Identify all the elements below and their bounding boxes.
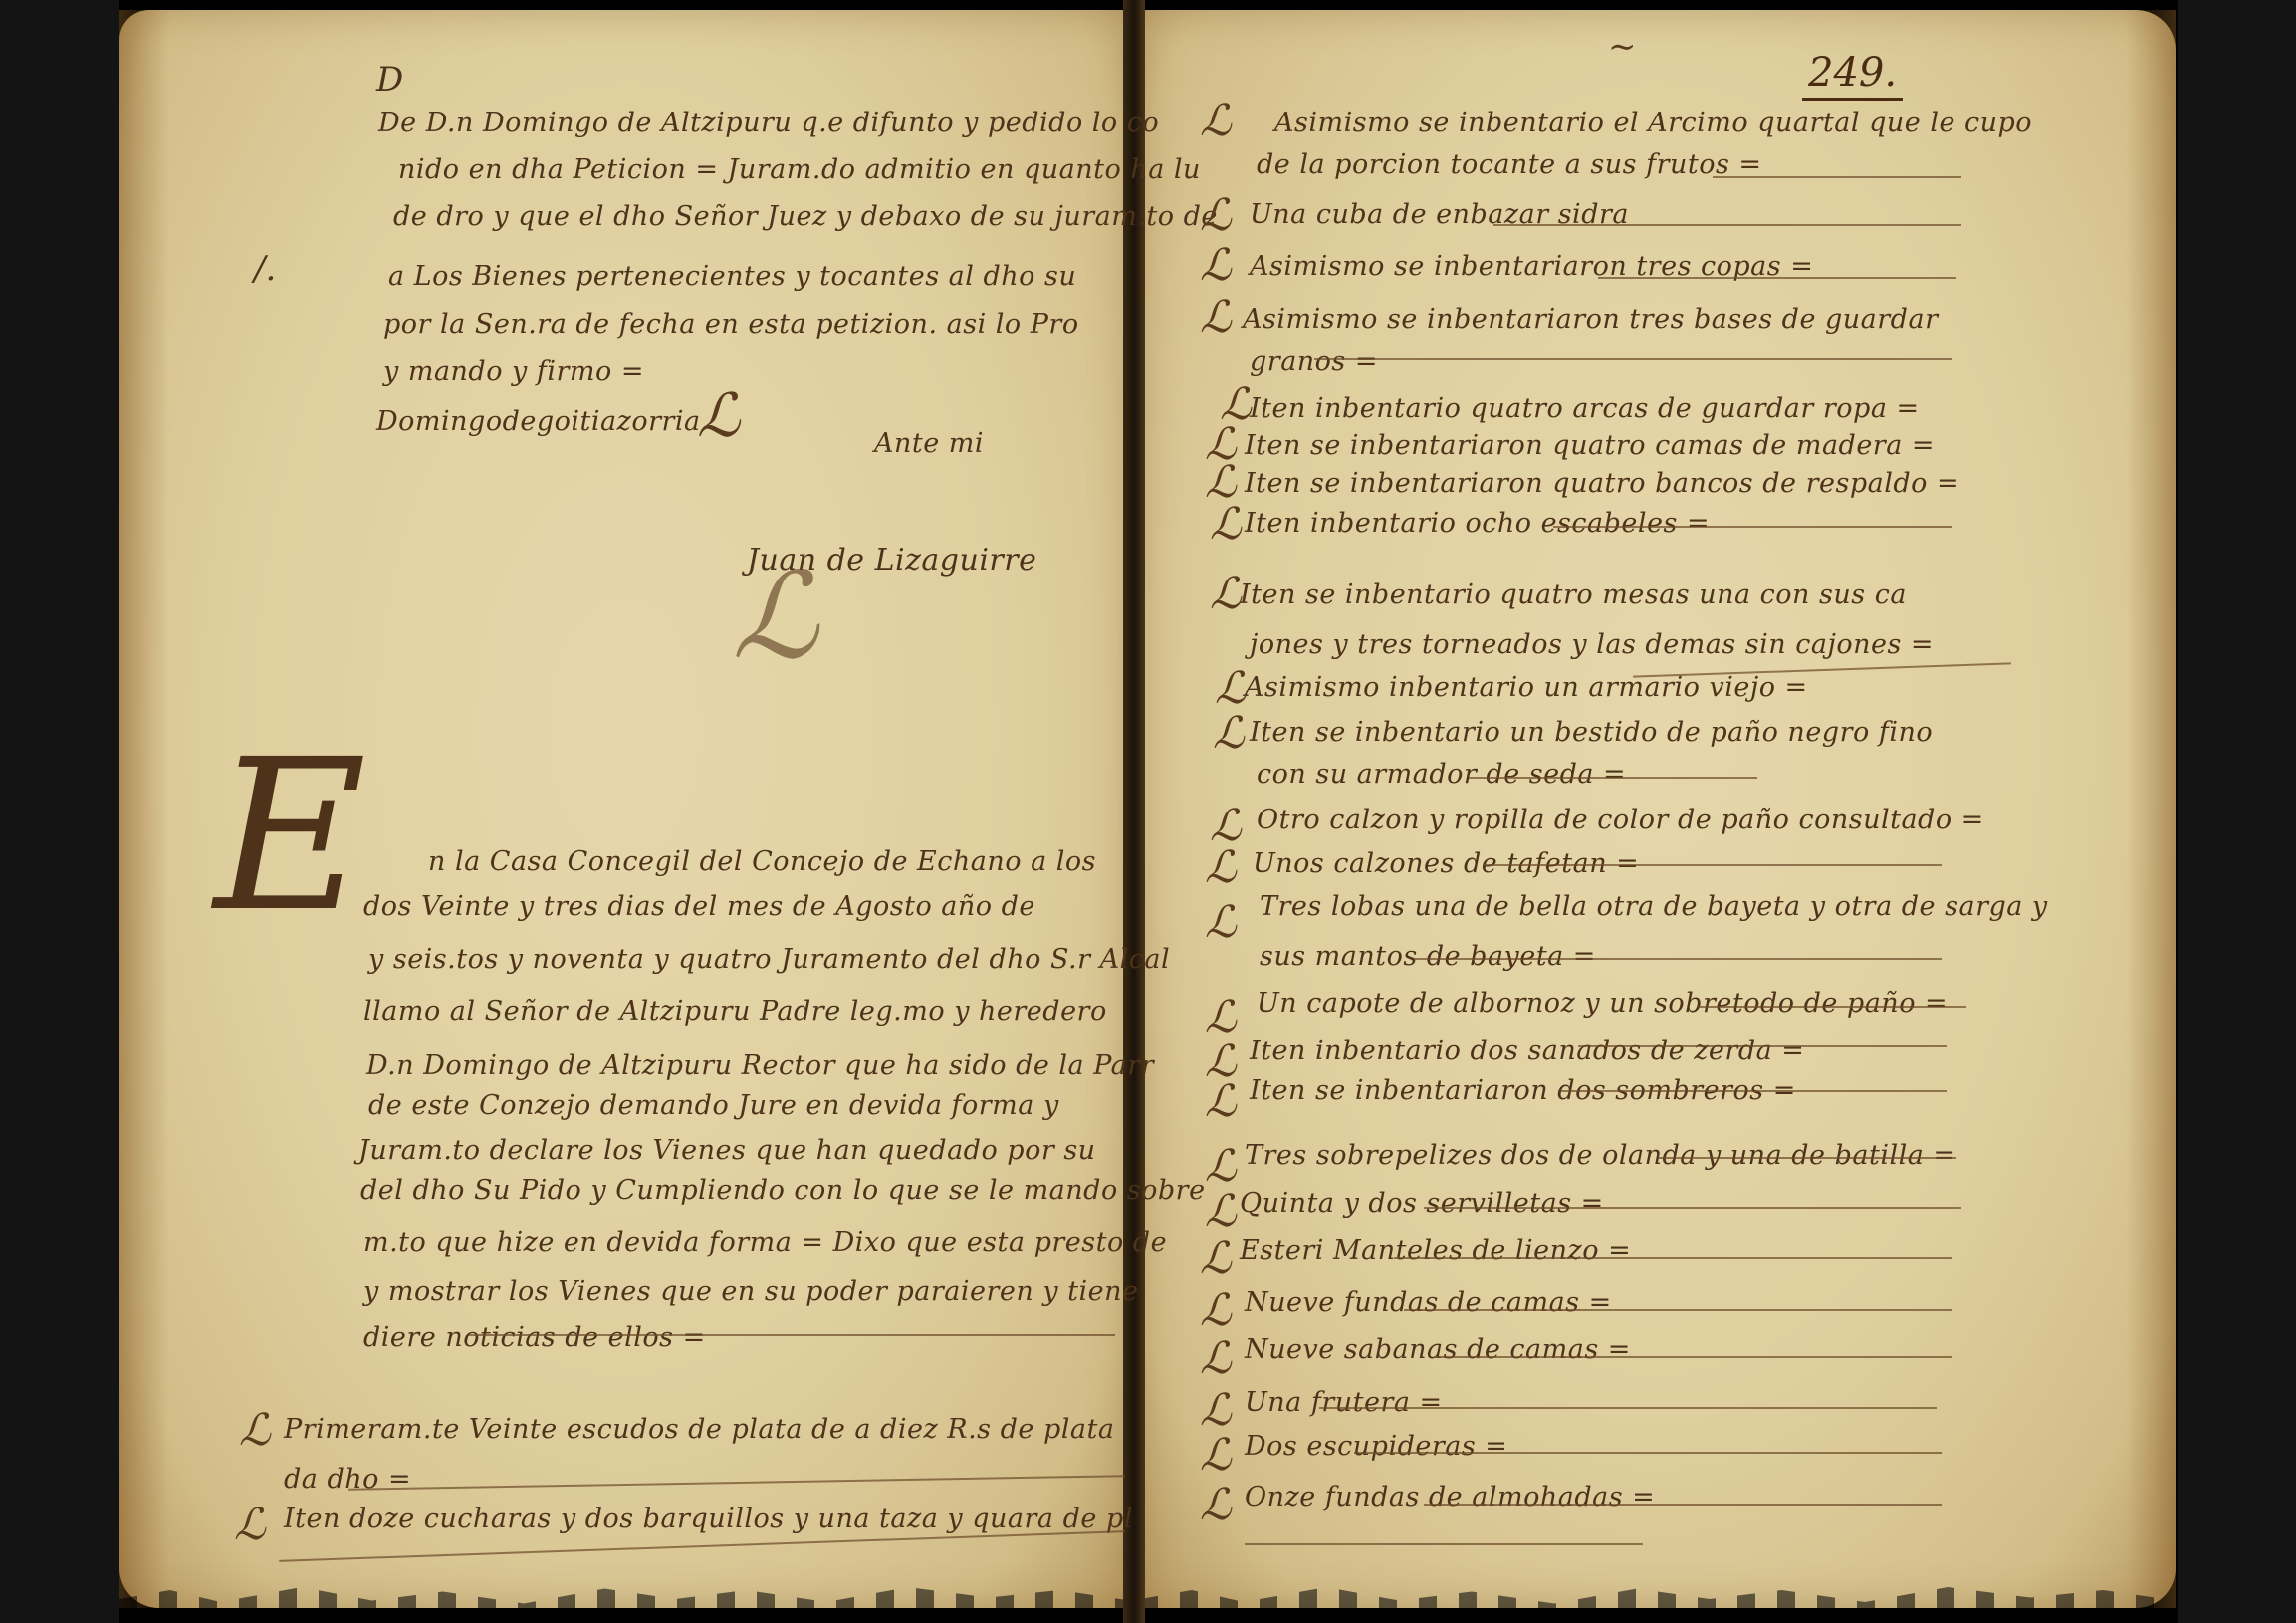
declaration-line: de este Conzejo demando Jure en devida f… [368, 1090, 1059, 1121]
corner-mark: D [376, 60, 404, 100]
inventory-item-line: Iten inbentario dos sanados de zerda = [1250, 1036, 1804, 1066]
margin-bracket-icon: ℒ [1200, 1337, 1232, 1381]
decorated-initial: E [214, 732, 366, 941]
margin-bracket-icon: ℒ [1210, 503, 1242, 547]
inventory-item-line: Asimismo se inbentariaron tres bases de … [1243, 304, 1938, 335]
declaration-line: y mostrar los Vienes que en su poder par… [363, 1276, 1139, 1307]
inventory-item-line: Iten se inbentariaron quatro bancos de r… [1245, 468, 1959, 499]
margin-bracket-icon: ℒ [1200, 1484, 1232, 1527]
line-filler-rule [1484, 864, 1942, 866]
inventory-item-line: Quinta y dos servilletas = [1240, 1188, 1604, 1219]
line-filler-rule [1314, 358, 1952, 360]
inventory-item-line: con su armador de seda = [1257, 759, 1626, 790]
inventory-item-line: Iten inbentario quatro arcas de guardar … [1250, 393, 1920, 424]
petition-line: De D.n Domingo de Altzipuru q.e difunto … [378, 108, 1159, 138]
inventory-item-line: Una frutera = [1245, 1387, 1443, 1418]
inventory-item-line: Iten doze cucharas y dos barquillos y un… [284, 1504, 1133, 1534]
declaration-line: del dho Su Pido y Cumpliendo con lo que … [360, 1175, 1206, 1206]
line-filler-rule [1698, 1006, 1966, 1008]
line-filler-rule [1424, 1207, 1961, 1209]
petition-line: de dro y que el dho Señor Juez y debaxo … [393, 201, 1218, 232]
petition-line: y mando y firmo = [383, 356, 644, 387]
petition-line: a Los Bienes pertenecientes y tocantes a… [388, 261, 1076, 292]
inventory-item-line: da dho = [284, 1464, 411, 1495]
margin-bracket-icon: ℒ [1200, 100, 1232, 143]
right-page-edge-stain [2126, 10, 2176, 1608]
margin-bracket-icon: ℒ [1205, 1145, 1237, 1189]
line-filler-rule [1434, 1356, 1952, 1358]
inventory-item-line: Iten se inbentariaron quatro camas de ma… [1245, 430, 1935, 461]
line-filler-rule [1404, 1309, 1952, 1311]
margin-bracket-icon: ℒ [1205, 901, 1237, 945]
petition-line: nido en dha Peticion = Juram.do admitio … [398, 154, 1201, 185]
inventory-item-line: Tres lobas una de bella otra de bayeta y… [1260, 891, 2048, 922]
torn-edge [119, 1578, 1130, 1608]
right-dark-margin [2178, 0, 2296, 1623]
line-filler-rule [1658, 1157, 1956, 1159]
signature-domingo-de-goitiazorria: Domingodegoitiazorria [376, 406, 701, 437]
attestation-ante-mi: Ante mi [874, 428, 984, 459]
inventory-item-line: Asimismo se inbentario el Arcimo quartal… [1274, 108, 2032, 138]
inventory-item-line: Iten se inbentario quatro mesas una con … [1240, 580, 1907, 610]
torn-edge [1140, 1578, 2176, 1608]
inventory-item-line: Onze fundas de almohadas = [1245, 1482, 1655, 1512]
inventory-item-line: jones y tres torneados y las demas sin c… [1250, 629, 1934, 660]
margin-division-mark: /. [254, 249, 276, 289]
margin-bracket-icon: ℒ [1205, 1190, 1237, 1234]
closing-rule [1245, 1543, 1643, 1545]
inventory-item-line: Asimismo inbentario un armario viejo = [1245, 672, 1808, 703]
top-flourish: ∼ [1608, 30, 1637, 64]
margin-bracket-icon: ℒ [1200, 1237, 1232, 1280]
folio-number: 249. [1802, 50, 1903, 101]
declaration-line: dos Veinte y tres dias del mes de Agosto… [363, 891, 1035, 922]
line-filler-rule [1558, 1090, 1947, 1092]
inventory-item-line: Nueve fundas de camas = [1245, 1287, 1612, 1318]
book-binding-gutter [1123, 0, 1145, 1623]
line-filler-rule [1493, 224, 1961, 226]
inventory-item-line: Un capote de albornoz y un sobretodo de … [1257, 988, 1948, 1019]
line-filler-rule [468, 1334, 1115, 1336]
declaration-line: n la Casa Concegil del Concejo de Echano… [428, 846, 1096, 877]
line-filler-rule [1598, 277, 1956, 279]
inventory-item-line: Iten inbentario ocho escabeles = [1245, 508, 1710, 539]
line-filler-rule [1553, 526, 1952, 528]
inventory-item-line: Nueve sabanas de camas = [1245, 1334, 1631, 1365]
margin-bracket-icon: ℒ [1213, 712, 1245, 756]
line-filler-rule [1578, 1045, 1947, 1047]
declaration-line: y seis.tos y noventa y quatro Juramento … [368, 944, 1170, 975]
margin-bracket-icon: ℒ [1200, 296, 1232, 340]
margin-bracket-icon: ℒ [1200, 244, 1232, 288]
line-filler-rule [1394, 1257, 1952, 1259]
margin-bracket-icon: ℒ [1205, 846, 1237, 890]
declaration-line: diere noticias de ellos = [363, 1322, 706, 1353]
inventory-item-line: granos = [1250, 347, 1378, 377]
inventory-item-line: de la porcion tocante a sus frutos = [1257, 149, 1762, 180]
inventory-item-line: Iten se inbentario un bestido de paño ne… [1250, 717, 1933, 748]
signature-flourish: ℒ [697, 386, 740, 446]
inventory-item-line: Dos escupideras = [1245, 1431, 1507, 1462]
line-filler-rule [1713, 176, 1961, 178]
margin-bracket-icon: ℒ [239, 1409, 271, 1453]
margin-bracket-icon: ℒ [1200, 1434, 1232, 1478]
declaration-line: Juram.to declare los Vienes que han qued… [358, 1135, 1096, 1166]
margin-bracket-icon: ℒ [1200, 1289, 1232, 1333]
margin-bracket-icon: ℒ [1200, 1389, 1232, 1433]
line-filler-rule [1424, 1504, 1942, 1506]
inventory-item-line: sus mantos de bayeta = [1260, 941, 1596, 972]
margin-bracket-icon: ℒ [1210, 573, 1242, 616]
left-page-edge-stain [119, 10, 169, 1608]
line-filler-rule [1319, 1407, 1937, 1409]
notary-paraph-flourish: ℒ [732, 558, 817, 677]
line-filler-rule [1414, 958, 1942, 960]
margin-bracket-icon: ℒ [1200, 194, 1232, 238]
left-dark-margin [0, 0, 119, 1623]
declaration-line: D.n Domingo de Altzipuru Rector que ha s… [366, 1050, 1154, 1081]
inventory-item-line: Otro calzon y ropilla de color de paño c… [1257, 805, 1984, 835]
margin-bracket-icon: ℒ [234, 1504, 266, 1547]
margin-bracket-icon: ℒ [1215, 667, 1247, 711]
line-filler-rule [1354, 1452, 1942, 1454]
margin-bracket-icon: ℒ [1205, 1080, 1237, 1124]
inventory-item-line: Esteri Manteles de lienzo = [1240, 1235, 1631, 1266]
declaration-line: m.to que hize en devida forma = Dixo que… [363, 1227, 1167, 1258]
inventory-item-line: Tres sobrepelizes dos de olanda y una de… [1245, 1140, 1956, 1171]
petition-line: por la Sen.ra de fecha en esta petizion.… [383, 309, 1079, 340]
line-filler-rule [1469, 777, 1757, 779]
margin-bracket-icon: ℒ [1205, 996, 1237, 1040]
declaration-line: llamo al Señor de Altzipuru Padre leg.mo… [363, 996, 1107, 1027]
inventory-item-line: Primeram.te Veinte escudos de plata de a… [284, 1414, 1114, 1445]
